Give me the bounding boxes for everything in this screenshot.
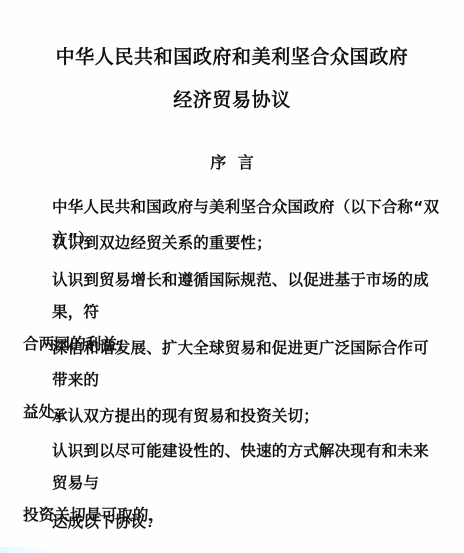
document-title-line-1: 中华人民共和国政府和美利坚合众国政府 xyxy=(0,45,464,69)
paragraph-line: 认识到贸易增长和遵循国际规范、以促进基于市场的成果，符 xyxy=(23,264,443,328)
section-heading-preface: 序 言 xyxy=(0,152,464,174)
paragraph-line: 认识到双边经贸关系的重要性； xyxy=(23,227,443,259)
paragraph-acknowledge-concerns: 承认双方提出的现有贸易和投资关切； xyxy=(23,400,443,432)
document-title-line-2: 经济贸易协议 xyxy=(0,88,464,112)
scan-edge-tint xyxy=(0,547,60,553)
paragraph-line: 深信和谐发展、扩大全球贸易和促进更广泛国际合作可带来的 xyxy=(23,332,443,396)
paragraph-agreement: 达成以下协议： xyxy=(23,506,443,538)
paragraph-line: 达成以下协议： xyxy=(23,506,443,538)
paragraph-line: 认识到以尽可能建设性的、快速的方式解决现有和未来贸易与 xyxy=(23,435,443,499)
paragraph-line: 承认双方提出的现有贸易和投资关切； xyxy=(23,400,443,432)
paragraph-bilateral-importance: 认识到双边经贸关系的重要性； xyxy=(23,227,443,259)
document-page: 中华人民共和国政府和美利坚合众国政府 经济贸易协议 序 言 中华人民共和国政府与… xyxy=(0,0,464,553)
